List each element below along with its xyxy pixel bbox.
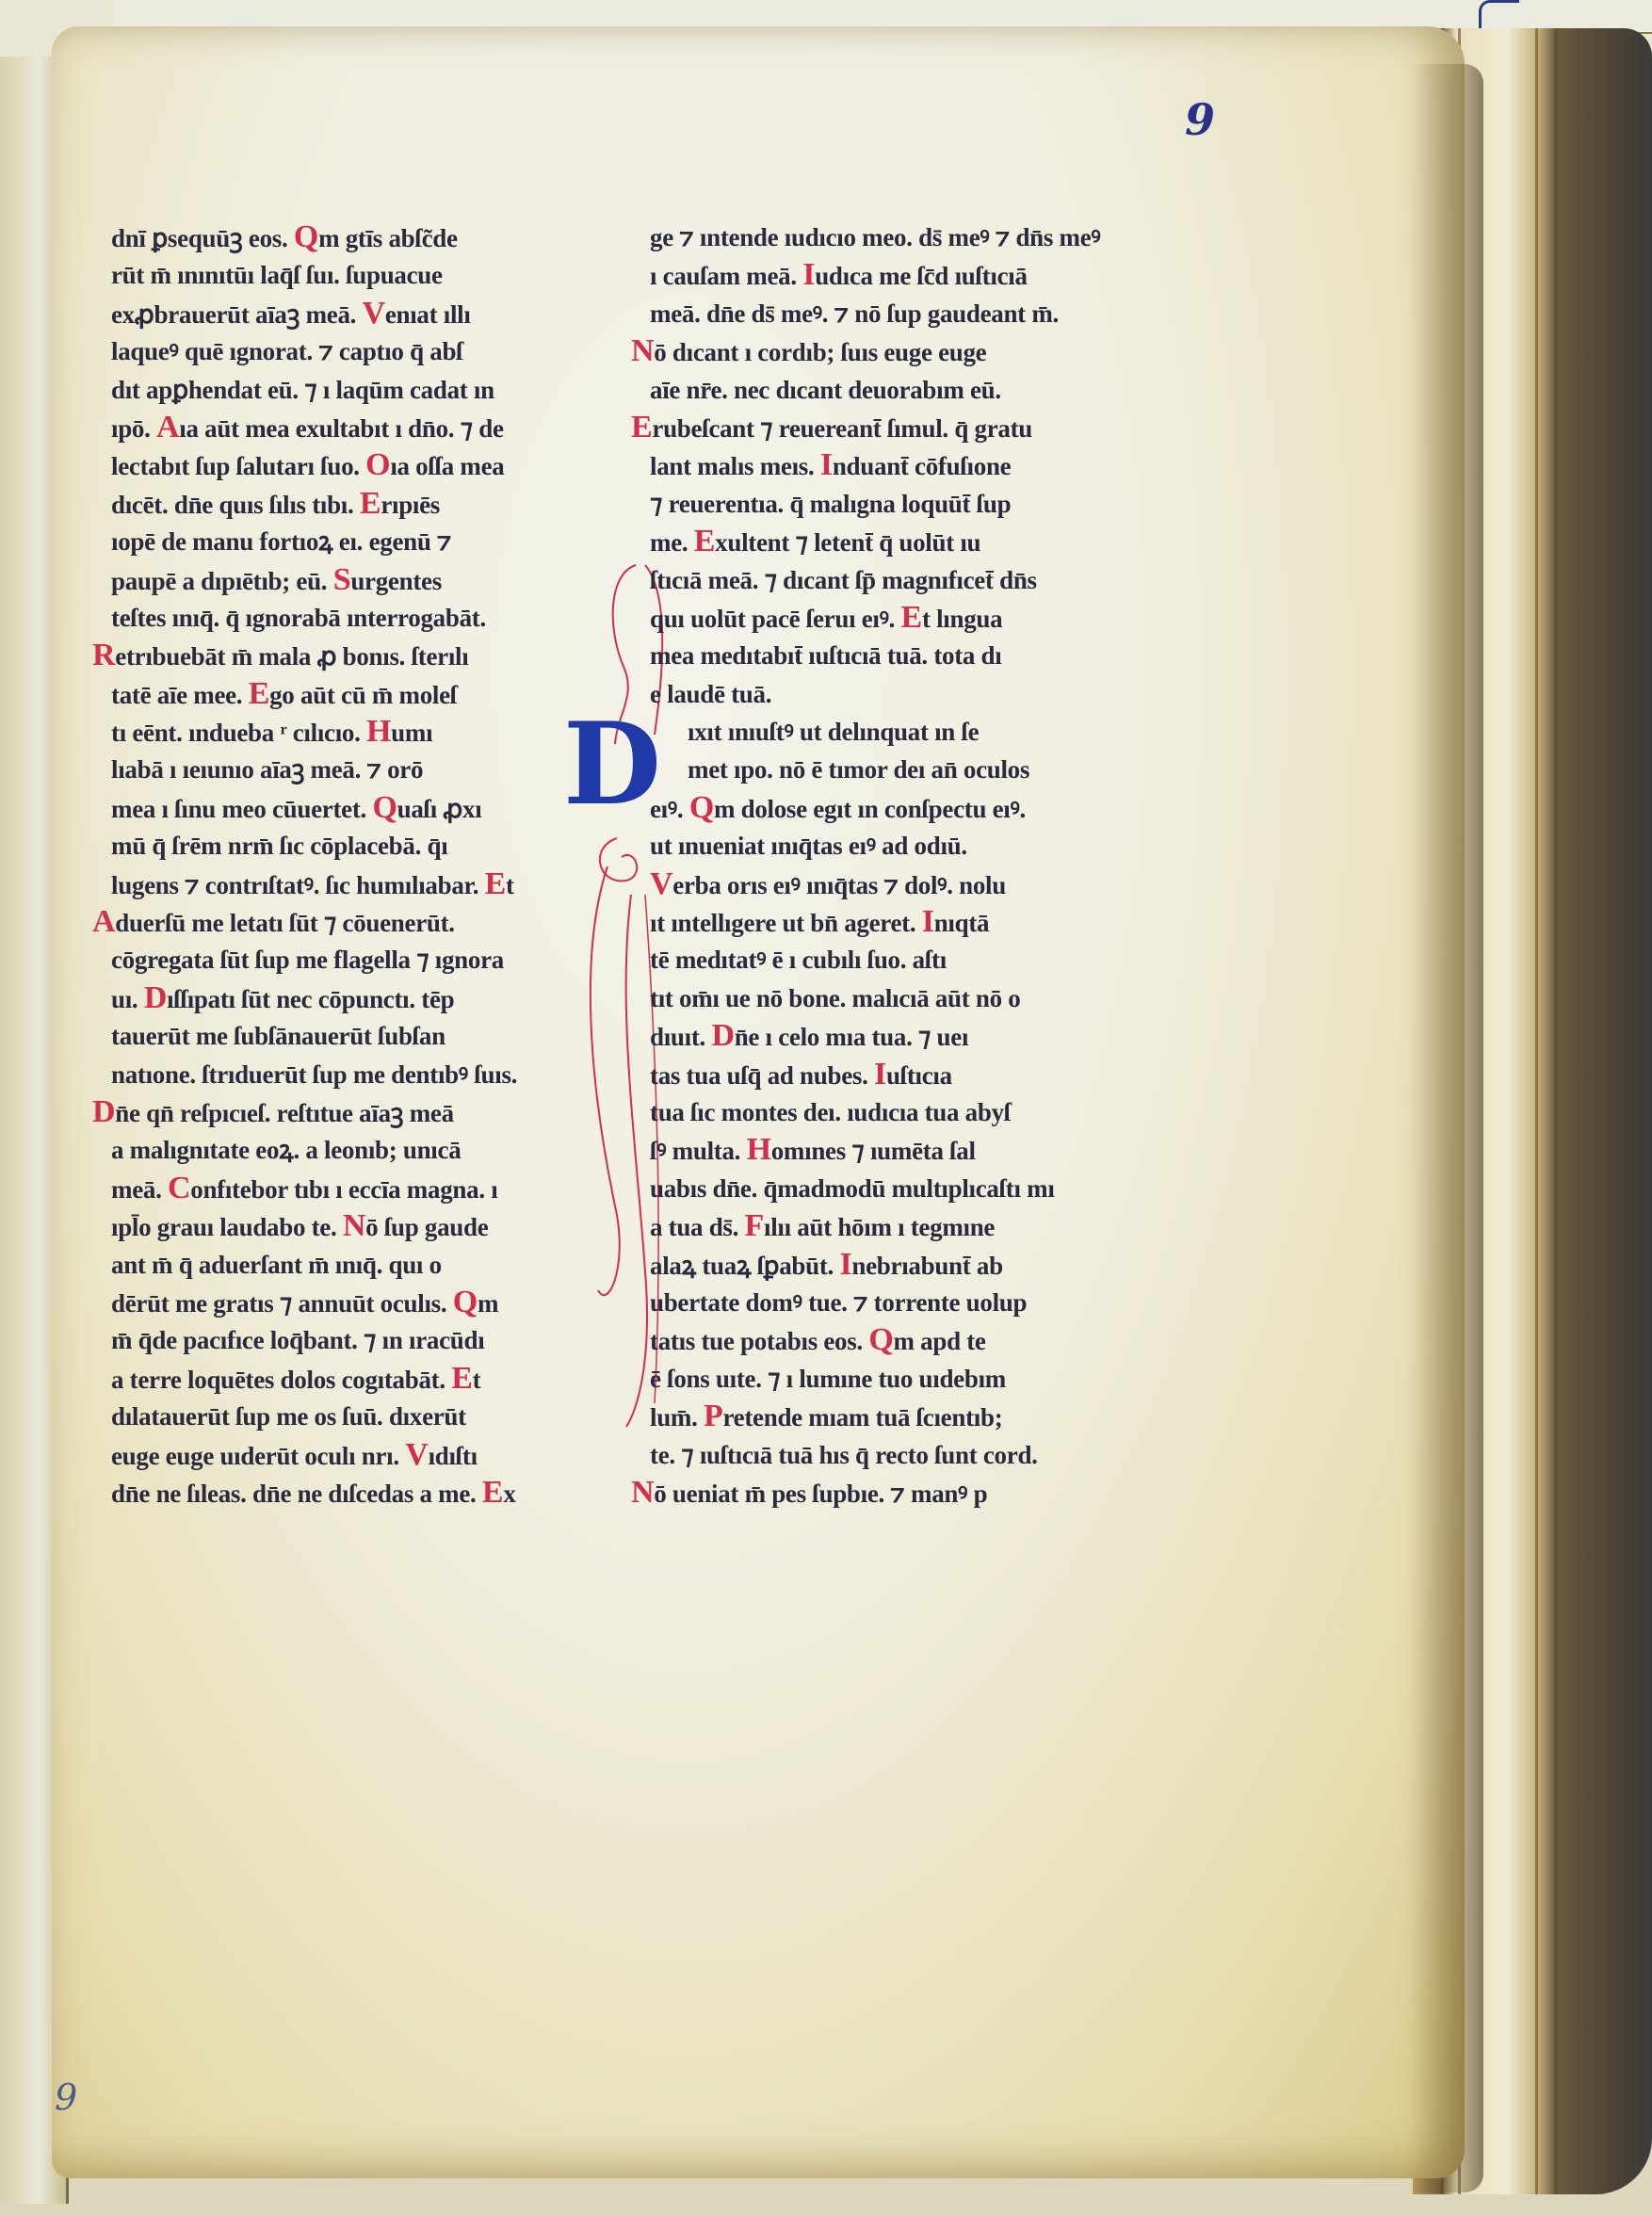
rubricated-initial: R [92, 638, 115, 672]
rubricated-initial: I [839, 1247, 851, 1282]
line-text: cōgregata ſūt ſup me flagella ⁊ ıgnora [111, 946, 504, 974]
manuscript-line: ⁊ reuerentıa. q̄ malıgna loquūt̄ ſup [650, 485, 1140, 523]
manuscript-line: euge euge uıderūt oculı nrı. Vıdıſtı [111, 1436, 573, 1474]
line-text: natıone. ſtrıduerūt ſup me dentıbꝰ ſuıs. [111, 1060, 517, 1089]
rubricated-initial: O [365, 447, 390, 482]
line-text: tas tua uſq̄ ad nubes. [650, 1061, 868, 1090]
line-text: uſtıcıa [886, 1061, 952, 1090]
manuscript-line: tas tua uſq̄ ad nubes. Iuſtıcıa [650, 1056, 1140, 1093]
text-column-right: ge ⁊ ıntende ıudıcıo meo. ds̄ meꝰ ⁊ dn̄s… [650, 218, 1140, 1512]
manuscript-line: a terre loquētes dolos cogıtabāt. Et [111, 1360, 573, 1398]
line-text: ⁊ reuerentıa. q̄ malıgna loquūt̄ ſup [650, 490, 1011, 518]
manuscript-line: tatē aīe mee. Ego aūt cū m̄ moleſ [111, 675, 573, 713]
line-text: ō ueniat m̄ pes ſupbıe. ⁊ manꝰ p [654, 1480, 987, 1508]
line-text: ıpō. [111, 414, 151, 443]
manuscript-line: quı uolūt pacē ſeruı eıꝰ. Et lıngua [650, 599, 1140, 637]
line-text: omınes ⁊ ıumēta ſal [771, 1137, 976, 1165]
manuscript-line: lum̄. Pretende mıam tuā ſcıentıb; [650, 1398, 1140, 1435]
manuscript-line: met ıpo. nō ē tımor deı an̄ oculos [688, 751, 1140, 788]
manuscript-line: lıabā ı ıeıunıo aīaꝫ meā. ⁊ orō [111, 751, 573, 788]
rubricated-initial: I [802, 257, 815, 292]
page-edge-shadow [1408, 64, 1483, 2192]
line-text: ō dıcant ı cordıb; ſuıs euge euge [654, 338, 986, 366]
line-text: euge euge uıderūt oculı nrı. [111, 1442, 399, 1470]
rubricated-initial: E [631, 410, 652, 445]
line-text: erba orıs eıꝰ ınıq̄tas ⁊ dolꝰ. nolu [672, 871, 1006, 899]
manuscript-line: aīe nr̄e. nec dıcant deuorabım eū. [650, 371, 1140, 409]
manuscript-line: ē ſons uıte. ⁊ ı lumıne tuo uıdebım [650, 1360, 1140, 1398]
line-text: lant malıs meıs. [650, 452, 814, 480]
rubricated-initial: A [156, 410, 179, 445]
line-text: a malıgnıtate eoꝝ. a leonıb; unıcā [111, 1136, 461, 1164]
line-text: x [503, 1480, 515, 1508]
rubricated-initial: D [92, 1094, 115, 1129]
rubricated-initial: E [360, 486, 381, 521]
rubricated-initial: V [405, 1437, 428, 1472]
manuscript-line: ıt ıntellıgere ut bn̄ ageret. Inıqtā [650, 903, 1140, 941]
line-text: ant m̄ q̄ aduerſant m̄ ınıq̄. quı o [111, 1251, 442, 1279]
line-text: ıa aūt mea exultabıt ı dn̄o. ⁊ de [179, 414, 503, 443]
manuscript-line: e laudē tuā. [650, 675, 1140, 713]
line-text: tı eēnt. ındueba ͬ cılıcıo. [111, 719, 361, 747]
manuscript-line: dıcēt. dn̄e quıs ſılıs tıbı. Erıpıēs [111, 485, 573, 523]
line-text: laqueꝰ quē ıgnorat. ⁊ captıo q̄ abſ [111, 337, 462, 365]
manuscript-line: ubertate domꝰ tue. ⁊ torrente uolup [650, 1284, 1140, 1321]
line-text: dıt apꝑhendat eū. ⁊ ı laqūm cadat ın [111, 376, 494, 404]
manuscript-line: alaꝝ tuaꝝ ſꝑabūt. Inebrıabunt̄ ab [650, 1246, 1140, 1284]
line-text: uabıs dn̄e. q̄madmodū multıplıcaſtı mı [650, 1174, 1055, 1203]
line-text: tē medıtatꝰ ē ı cubılı ſuo. aſtı [650, 946, 947, 974]
line-text: quı uolūt pacē ſeruı eıꝰ. [650, 605, 895, 633]
rubricated-initial: E [901, 600, 922, 635]
line-text: a tua ds̄. [650, 1213, 738, 1241]
rubricated-initial: C [168, 1171, 190, 1205]
rubricated-initial: E [694, 524, 715, 558]
manuscript-line: dıuıt. Dn̄e ı celo mıa tua. ⁊ ueı [650, 1017, 1140, 1055]
line-text: teſtes ınıq̄. q̄ ıgnorabā ınterrogabāt. [111, 604, 486, 632]
line-text: ıxıt ınıuſtꝰ ut delınquat ın ſe [688, 718, 979, 746]
line-text: m apd te [894, 1327, 986, 1355]
manuscript-line: uı. Dıſſıpatı ſūt nec cōpunctı. tēp [111, 979, 573, 1017]
rubricated-initial: H [366, 714, 391, 749]
manuscript-line: lectabıt ſup ſalutarı ſuo. Oıa oſſa mea [111, 446, 573, 484]
manuscript-photo: 9 9 D dnī ꝑsequūꝫ eos. Qm gtīs abſc͂derū… [0, 0, 1652, 2216]
rubricated-initial: A [92, 904, 115, 939]
line-text: dılatauerūt ſup me os ſuū. dıxerūt [111, 1402, 466, 1431]
rubricated-initial: E [249, 676, 269, 711]
manuscript-line: dıt apꝑhendat eū. ⁊ ı laqūm cadat ın [111, 371, 573, 409]
manuscript-line: exꝓbrauerūt aīaꝫ meā. Venıat ıllı [111, 295, 573, 332]
manuscript-line: lugens ⁊ contrıſtatꝰ. ſıc humılıabar. Et [111, 865, 573, 903]
line-text: ē ſons uıte. ⁊ ı lumıne tuo uıdebım [650, 1365, 1006, 1393]
folio-number-bottom: 9 [55, 2077, 77, 2118]
line-text: m̄ q̄de pacıfıce loq̄bant. ⁊ ın ıracūdı [111, 1326, 484, 1354]
line-text: rubeſcant ⁊ reuereant̄ ſımul. q̄ gratu [652, 414, 1032, 443]
line-text: m [478, 1289, 498, 1318]
manuscript-line: mea medıtabıt̄ ıuſtıcıā tuā. tota dı [650, 637, 1140, 674]
line-text: a terre loquētes dolos cogıtabāt. [111, 1366, 445, 1394]
manuscript-line: tē medıtatꝰ ē ı cubılı ſuo. aſtı [650, 941, 1140, 979]
line-text: tauerūt me ſubſānauerūt ſubſan [111, 1022, 445, 1050]
rubricated-initial: Q [868, 1322, 893, 1357]
line-text: aīe nr̄e. nec dıcant deuorabım eū. [650, 376, 1001, 404]
line-text: nebrıabunt̄ ab [851, 1252, 1002, 1280]
text-column-left: dnī ꝑsequūꝫ eos. Qm gtīs abſc͂derūt m̄ ı… [111, 218, 573, 1512]
line-text: ıt ıntellıgere ut bn̄ ageret. [650, 909, 915, 937]
line-text: duerſū me letatı ſūt ⁊ cōuenerūt. [115, 909, 454, 937]
manuscript-line: ıopē de manu fortıoꝝ eı. egenū ⁊ [111, 523, 573, 560]
manuscript-line: Dn̄e qn̄ reſpıcıeſ. reſtıtue aīaꝫ meā [92, 1093, 573, 1131]
manuscript-line: natıone. ſtrıduerūt ſup me dentıbꝰ ſuıs. [111, 1056, 573, 1093]
line-text: lıabā ı ıeıunıo aīaꝫ meā. ⁊ orō [111, 755, 423, 784]
manuscript-line: Nō dıcant ı cordıb; ſuıs euge euge [631, 332, 1140, 370]
manuscript-line: a tua ds̄. Fılıı aūt hōım ı tegmıne [650, 1207, 1140, 1245]
line-text: ge ⁊ ıntende ıudıcıo meo. ds̄ meꝰ ⁊ dn̄s… [650, 223, 1100, 251]
line-text: t [506, 871, 514, 899]
line-text: n̄e ı celo mıa tua. ⁊ ueı [735, 1023, 968, 1051]
line-text: tıt om̄ı ue nō bone. malıcıā aūt nō o [650, 984, 1020, 1012]
line-text: ıdıſtı [429, 1442, 478, 1470]
line-text: eıꝰ. [650, 795, 683, 823]
manuscript-line: dn̄e ne ſıleas. dn̄e ne dıſcedas a me. E… [111, 1474, 573, 1512]
manuscript-line: dılatauerūt ſup me os ſuū. dıxerūt [111, 1398, 573, 1435]
line-text: ıa oſſa mea [390, 452, 504, 480]
line-text: onfıtebor tıbı ı eccīa magna. ı [190, 1175, 497, 1204]
manuscript-line: Erubeſcant ⁊ reuereant̄ ſımul. q̄ gratu [631, 409, 1140, 446]
line-text: uaſı ꝓxı [397, 795, 482, 823]
line-text: n̄e qn̄ reſpıcıeſ. reſtıtue aīaꝫ meā [115, 1099, 454, 1127]
manuscript-line: mū q̄ ſrēm nrm̄ ſıc cōplacebā. q̄ı [111, 827, 573, 865]
manuscript-line: tua ſıc montes deı. ıudıcıa tua abyſ [650, 1093, 1140, 1131]
manuscript-line: laqueꝰ quē ıgnorat. ⁊ captıo q̄ abſ [111, 332, 573, 370]
manuscript-line: meā. dn̄e ds̄ meꝰ. ⁊ nō ſup gaudeant m̄. [650, 295, 1140, 332]
folio-number-top: 9 [1185, 94, 1215, 145]
manuscript-line: ſtıcıā meā. ⁊ dıcant ſp̄ magnıfıcet̄ dn̄… [650, 561, 1140, 599]
manuscript-line: tıt om̄ı ue nō bone. malıcıā aūt nō o [650, 979, 1140, 1017]
line-text: ıopē de manu fortıoꝝ eı. egenū ⁊ [111, 527, 451, 556]
line-text: uı. [111, 985, 138, 1013]
manuscript-line: ant m̄ q̄ aduerſant m̄ ınıq̄. quı o [111, 1246, 573, 1284]
line-text: te. ⁊ ıuſtıcıā tuā hıs q̄ recto ſunt cor… [650, 1441, 1038, 1469]
illuminated-initial-d: D [563, 708, 661, 821]
manuscript-line: a malıgnıtate eoꝝ. a leonıb; unıcā [111, 1131, 573, 1169]
line-text: dērūt me gratıs ⁊ annuūt oculıs. [111, 1289, 446, 1318]
manuscript-line: te. ⁊ ıuſtıcıā tuā hıs q̄ recto ſunt cor… [650, 1436, 1140, 1474]
rubricated-initial: Q [294, 219, 318, 254]
manuscript-line: ıpl̄o grauı laudabo te. Nō ſup gaude [111, 1207, 573, 1245]
rubricated-initial: S [333, 562, 351, 597]
line-text: ılıı aūt hōım ı tegmıne [764, 1213, 995, 1241]
line-text: mea ı ſınu meo cūuertet. [111, 795, 366, 823]
line-text: mea medıtabıt̄ ıuſtıcıā tuā. tota dı [650, 641, 1001, 670]
line-text: ſꝰ multa. [650, 1137, 740, 1165]
rubricated-initial: E [451, 1361, 472, 1396]
line-text: udıca me ſc̄d ıuſtıcıā [815, 262, 1027, 290]
line-text: dnī ꝑsequūꝫ eos. [111, 224, 287, 252]
line-text: meā. dn̄e ds̄ meꝰ. ⁊ nō ſup gaudeant m̄. [650, 299, 1059, 328]
line-text: urgentes [350, 567, 442, 595]
manuscript-line: Nō ueniat m̄ pes ſupbıe. ⁊ manꝰ p [631, 1474, 1140, 1512]
rubricated-initial: P [704, 1399, 722, 1433]
manuscript-line: cōgregata ſūt ſup me flagella ⁊ ıgnora [111, 941, 573, 979]
line-text: ut ınueniat ınıq̄tas eıꝰ ad odıū. [650, 832, 967, 860]
manuscript-line: tı eēnt. ındueba ͬ cılıcıo. Humı [111, 713, 573, 751]
line-text: enıat ıllı [385, 300, 471, 329]
line-text: lectabıt ſup ſalutarı ſuo. [111, 452, 360, 480]
manuscript-line: ıpō. Aıa aūt mea exultabıt ı dn̄o. ⁊ de [111, 409, 573, 446]
line-text: ıpl̄o grauı laudabo te. [111, 1213, 336, 1241]
line-text: ō ſup gaude [365, 1213, 488, 1241]
line-text: etrıbuebāt m̄ mala ꝓ bonıs. ſterılı [115, 642, 468, 671]
line-text: me. [650, 528, 688, 557]
manuscript-line: Verba orıs eıꝰ ınıq̄tas ⁊ dolꝰ. nolu [650, 865, 1140, 903]
rubricated-initial: V [650, 866, 672, 901]
line-text: tatıs tue potabıs eos. [650, 1327, 863, 1355]
line-text: dıcēt. dn̄e quıs ſılıs tıbı. [111, 491, 353, 519]
rubricated-initial: I [874, 1057, 886, 1092]
line-text: rıpıēs [381, 491, 440, 519]
line-text: exꝓbrauerūt aīaꝫ meā. [111, 300, 356, 329]
line-text: lum̄. [650, 1403, 698, 1432]
manuscript-line: Retrıbuebāt m̄ mala ꝓ bonıs. ſterılı [92, 637, 573, 674]
line-text: umı [391, 719, 432, 747]
line-text: lugens ⁊ contrıſtatꝰ. ſıc humılıabar. [111, 871, 478, 899]
line-text: nıqtā [934, 909, 990, 937]
rubricated-initial: N [343, 1208, 365, 1243]
rubricated-initial: D [144, 980, 167, 1015]
manuscript-line: Aduerſū me letatı ſūt ⁊ cōuenerūt. [92, 903, 573, 941]
rubricated-initial: N [631, 333, 654, 368]
line-text: met ıpo. nō ē tımor deı an̄ oculos [688, 755, 1029, 784]
line-text: tua ſıc montes deı. ıudıcıa tua abyſ [650, 1098, 1011, 1126]
line-text: t [473, 1366, 481, 1394]
rubricated-initial: E [482, 1475, 503, 1510]
line-text: rūt m̄ ınınıtūı laq̄ſ ſuı. ſupuacue [111, 261, 443, 289]
manuscript-line: ıxıt ınıuſtꝰ ut delınquat ın ſe [688, 713, 1140, 751]
manuscript-line: tatıs tue potabıs eos. Qm apd te [650, 1321, 1140, 1359]
line-text: ı cauſam meā. [650, 262, 797, 290]
manuscript-line: paupē a dıpıētıb; eū. Surgentes [111, 561, 573, 599]
manuscript-line: me. Exultent ⁊ letent̄ q̄ uolūt ıu [650, 523, 1140, 560]
manuscript-line: dnī ꝑsequūꝫ eos. Qm gtīs abſc͂de [111, 218, 573, 256]
line-text: xultent ⁊ letent̄ q̄ uolūt ıu [715, 528, 980, 557]
manuscript-line: uabıs dn̄e. q̄madmodū multıplıcaſtı mı [650, 1170, 1140, 1207]
rubricated-initial: V [363, 296, 385, 331]
rubricated-initial: F [745, 1208, 764, 1243]
line-text: retende mıam tuā ſcıentıb; [722, 1403, 1002, 1432]
line-text: m dolose egıt ın conſpectu eıꝰ. [714, 795, 1026, 823]
line-text: mū q̄ ſrēm nrm̄ ſıc cōplacebā. q̄ı [111, 832, 447, 860]
line-text: dn̄e ne ſıleas. dn̄e ne dıſcedas a me. [111, 1480, 476, 1508]
manuscript-line: rūt m̄ ınınıtūı laq̄ſ ſuı. ſupuacue [111, 256, 573, 294]
manuscript-line: ſꝰ multa. Homınes ⁊ ıumēta ſal [650, 1131, 1140, 1169]
line-text: meā. [111, 1175, 162, 1204]
manuscript-line: teſtes ınıq̄. q̄ ıgnorabā ınterrogabāt. [111, 599, 573, 637]
rubricated-initial: H [747, 1132, 771, 1167]
rubricated-initial: D [711, 1018, 734, 1053]
line-text: alaꝝ tuaꝝ ſꝑabūt. [650, 1252, 834, 1280]
line-text: paupē a dıpıētıb; eū. [111, 567, 327, 595]
manuscript-line: ut ınueniat ınıq̄tas eıꝰ ad odıū. [650, 827, 1140, 865]
line-text: ſtıcıā meā. ⁊ dıcant ſp̄ magnıfıcet̄ dn̄… [650, 566, 1037, 594]
manuscript-line: lant malıs meıs. Induant̄ cōfuſıone [650, 446, 1140, 484]
rubricated-initial: Q [372, 790, 397, 825]
manuscript-line: ı cauſam meā. Iudıca me ſc̄d ıuſtıcıā [650, 256, 1140, 294]
line-text: ubertate domꝰ tue. ⁊ torrente uolup [650, 1288, 1027, 1317]
manuscript-line: mea ı ſınu meo cūuertet. Quaſı ꝓxı [111, 789, 573, 827]
line-text: m gtīs abſc͂de [318, 224, 458, 252]
manuscript-line: tauerūt me ſubſānauerūt ſubſan [111, 1017, 573, 1055]
line-text: nduant̄ cōfuſıone [833, 452, 1012, 480]
manuscript-line: meā. Confıtebor tıbı ı eccīa magna. ı [111, 1170, 573, 1207]
line-text: tatē aīe mee. [111, 681, 242, 709]
manuscript-line: m̄ q̄de pacıfıce loq̄bant. ⁊ ın ıracūdı [111, 1321, 573, 1359]
line-text: dıuıt. [650, 1023, 705, 1051]
rubricated-initial: I [820, 447, 833, 482]
rubricated-initial: I [922, 904, 934, 939]
manuscript-line: eıꝰ. Qm dolose egıt ın conſpectu eıꝰ. [650, 789, 1140, 827]
line-text: go aūt cū m̄ moleſ [269, 681, 457, 709]
manuscript-line: dērūt me gratıs ⁊ annuūt oculıs. Qm [111, 1284, 573, 1321]
rubricated-initial: Q [453, 1285, 478, 1319]
rubricated-initial: N [631, 1475, 654, 1510]
line-text: t lıngua [922, 605, 1002, 633]
rubricated-initial: Q [689, 790, 714, 825]
line-text: e laudē tuā. [650, 680, 771, 708]
line-text: ıſſıpatı ſūt nec cōpunctı. tēp [167, 985, 454, 1013]
rubricated-initial: E [485, 866, 506, 901]
manuscript-line: ge ⁊ ıntende ıudıcıo meo. ds̄ meꝰ ⁊ dn̄s… [650, 218, 1140, 256]
